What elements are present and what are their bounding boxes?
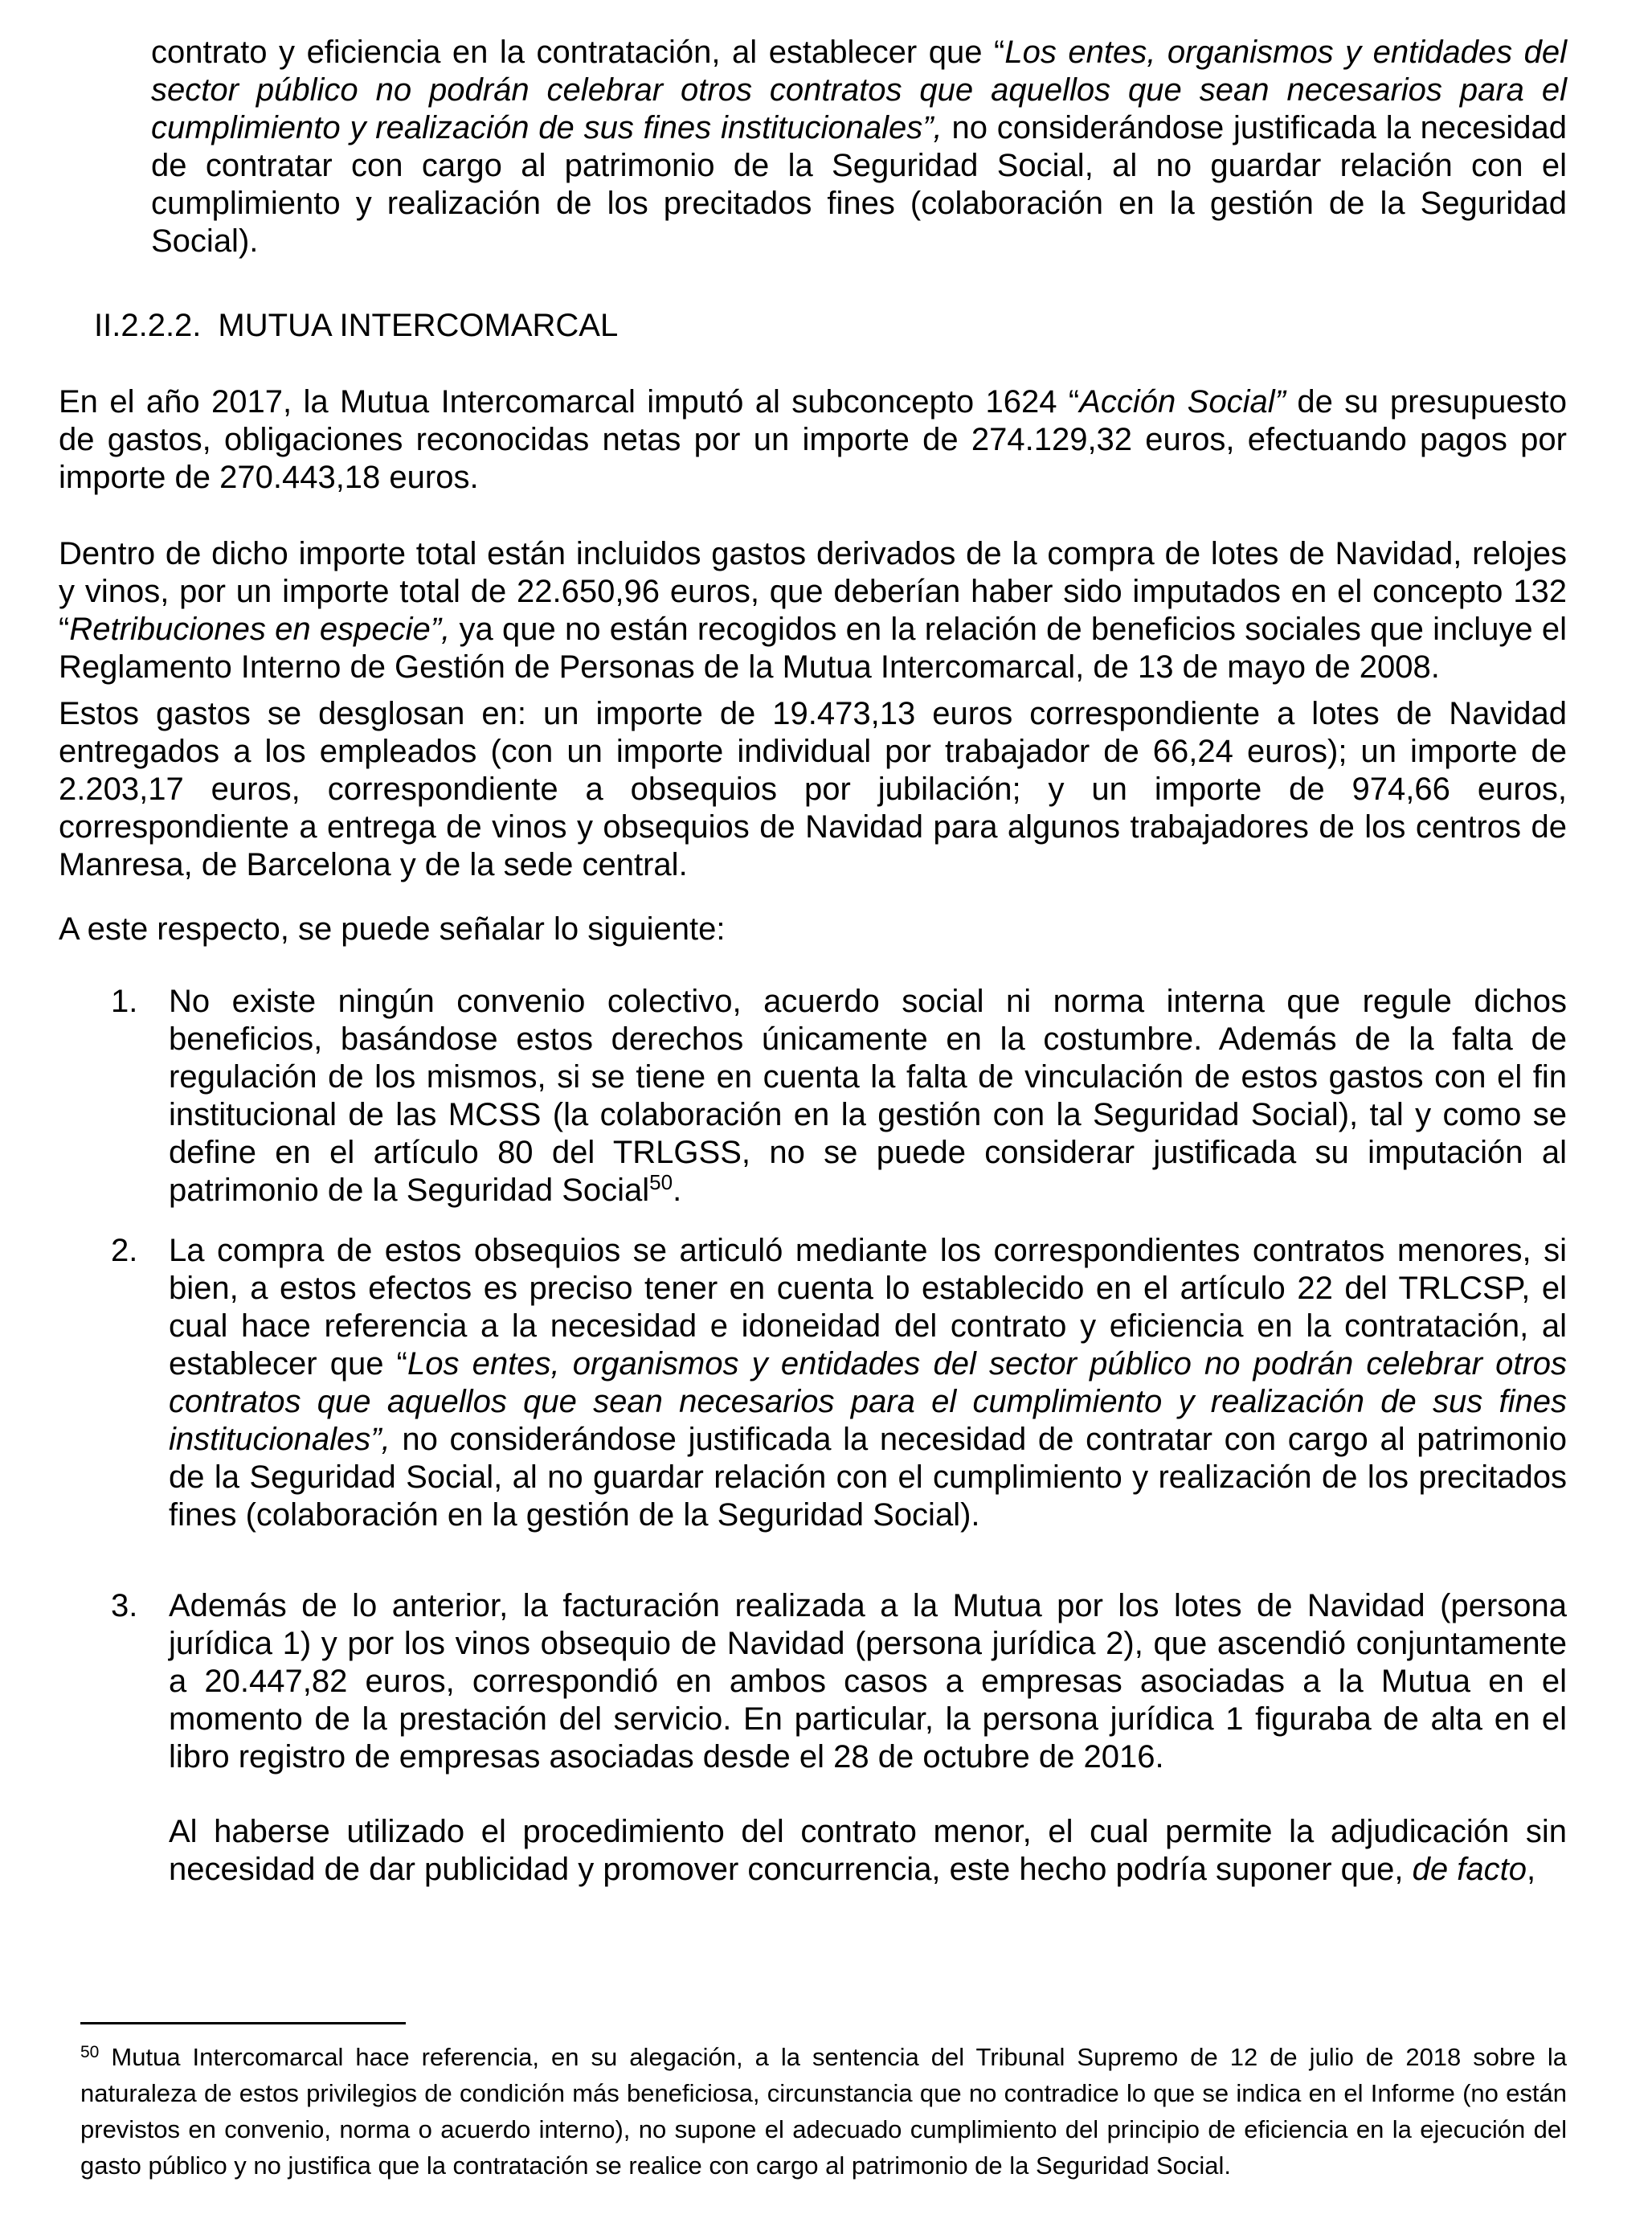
paragraph-expense-breakdown: Estos gastos se desglosan en: un importe… <box>59 695 1567 884</box>
paragraph-minor-contract-continuation: Al haberse utilizado el procedimiento de… <box>169 1813 1567 1889</box>
section-heading-title: MUTUA INTERCOMARCAL <box>218 308 618 343</box>
list-item-3-text: Además de lo anterior, la facturación re… <box>169 1587 1567 1776</box>
list-item-3-number: 3. <box>111 1587 137 1625</box>
list-item-1-number: 1. <box>111 983 137 1021</box>
list-item-3: 3. Además de lo anterior, la facturación… <box>59 1587 1567 1776</box>
document-page: contrato y eficiencia en la contratación… <box>0 0 1652 2231</box>
section-heading-number: II.2.2.2. <box>94 308 201 343</box>
paragraph-budget-2017: En el año 2017, la Mutua Intercomarcal i… <box>59 383 1567 497</box>
footnote-separator-rule <box>80 2022 406 2024</box>
document-body: contrato y eficiencia en la contratación… <box>59 34 1567 1889</box>
paragraph-lead-in: A este respecto, se puede señalar lo sig… <box>59 911 1567 948</box>
list-item-1: 1. No existe ningún convenio colectivo, … <box>59 983 1567 1210</box>
paragraph-intro-continuation: contrato y eficiencia en la contratación… <box>151 34 1567 260</box>
list-item-1-text: No existe ningún convenio colectivo, acu… <box>169 983 1567 1210</box>
footnote-area: 50 Mutua Intercomarcal hace referencia, … <box>80 2022 1567 2184</box>
section-heading: II.2.2.2.MUTUA INTERCOMARCAL <box>94 307 1567 345</box>
list-item-2: 2. La compra de estos obsequios se artic… <box>59 1232 1567 1534</box>
footnote-50: 50 Mutua Intercomarcal hace referencia, … <box>80 2039 1567 2184</box>
list-item-2-text: La compra de estos obsequios se articuló… <box>169 1232 1567 1534</box>
paragraph-christmas-expenses: Dentro de dicho importe total están incl… <box>59 535 1567 686</box>
list-item-2-number: 2. <box>111 1232 137 1270</box>
